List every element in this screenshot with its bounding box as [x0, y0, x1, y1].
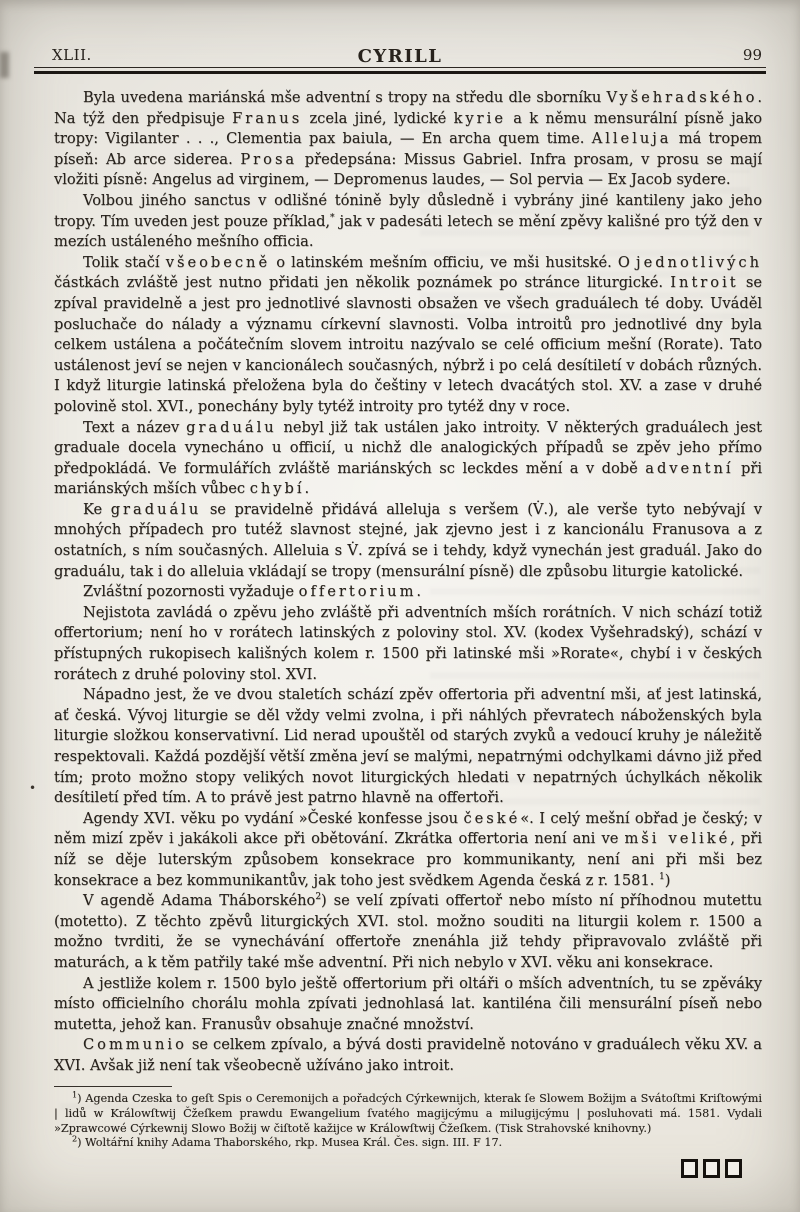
page-header: XLII. CYRILL 99	[34, 46, 766, 68]
footnote-ref: 2	[72, 1135, 77, 1144]
letterspaced-emphasis: graduálu	[186, 419, 277, 436]
paragraph: Ke graduálu se pravidelně přidává allelu…	[54, 500, 762, 582]
scan-edge-smudge	[0, 52, 9, 78]
paragraph: Agendy XVI. věku po vydání »České konfes…	[54, 809, 762, 891]
letterspaced-emphasis: adventní	[645, 460, 733, 477]
square-icon	[703, 1159, 720, 1178]
letterspaced-emphasis: české	[463, 810, 520, 827]
letterspaced-emphasis: Communio	[83, 1036, 187, 1053]
square-icon	[681, 1159, 698, 1178]
letterspaced-emphasis: Introit	[670, 274, 738, 291]
paragraph: Nápadno jest, že ve dvou staletích scház…	[54, 685, 762, 809]
paragraph: Byla uvedena mariánská mše adventní s tr…	[54, 88, 762, 191]
letterspaced-emphasis: všeobecně	[166, 254, 270, 271]
margin-mark: •	[29, 781, 36, 795]
footnote-ref: 2	[315, 892, 321, 902]
letterspaced-emphasis: Alleluja	[592, 130, 672, 147]
footnote: 1) Agenda Czeska to geſt Spis o Ceremoni…	[54, 1092, 762, 1136]
letterspaced-emphasis: mši veliké	[624, 830, 730, 847]
square-icon	[725, 1159, 742, 1178]
scanned-page: XLII. CYRILL 99 Byla uvedena mariánská m…	[0, 0, 800, 1212]
end-of-article-ornament	[0, 1159, 742, 1178]
footnote-separator	[54, 1086, 172, 1088]
article-body: Byla uvedena mariánská mše adventní s tr…	[54, 88, 762, 1077]
letterspaced-emphasis: offertorium	[299, 583, 417, 600]
paragraph: Volbou jiného sanctus v odlišné tónině b…	[54, 191, 762, 253]
letterspaced-emphasis: jednotlivých	[636, 254, 762, 271]
letterspaced-emphasis: chybí	[250, 480, 305, 497]
paragraph: Text a název graduálu nebyl již tak ustá…	[54, 418, 762, 500]
footnote-ref: 1	[659, 872, 665, 882]
paragraph: V agendě Adama Tháborského2) se velí zpí…	[54, 891, 762, 973]
letterspaced-emphasis: kyrie	[454, 110, 506, 127]
paragraph: A jestliže kolem r. 1500 bylo ještě offe…	[54, 974, 762, 1036]
letterspaced-emphasis: graduálu	[111, 501, 202, 518]
letterspaced-emphasis: Prosa	[240, 151, 297, 168]
paragraph: Nejistota zavládá o zpěvu jeho zvláště p…	[54, 603, 762, 685]
footnote: 2) Woltářní knihy Adama Thaborského, rkp…	[54, 1136, 762, 1151]
header-rule	[34, 71, 766, 75]
footnote-ref: 1	[72, 1090, 77, 1099]
footnotes: 1) Agenda Czeska to geſt Spis o Ceremoni…	[54, 1092, 762, 1151]
paragraph: Communio se celkem zpívalo, a bývá dosti…	[54, 1035, 762, 1076]
paragraph: Zvláštní pozornosti vyžaduje offertorium…	[54, 582, 762, 603]
paragraph: Tolik stačí všeobecně o latinském mešním…	[54, 253, 762, 418]
letterspaced-emphasis: Vyšehradského	[606, 89, 757, 106]
journal-title: CYRILL	[34, 46, 766, 67]
footnote-ref: *	[330, 213, 335, 223]
letterspaced-emphasis: Franus	[232, 110, 302, 127]
